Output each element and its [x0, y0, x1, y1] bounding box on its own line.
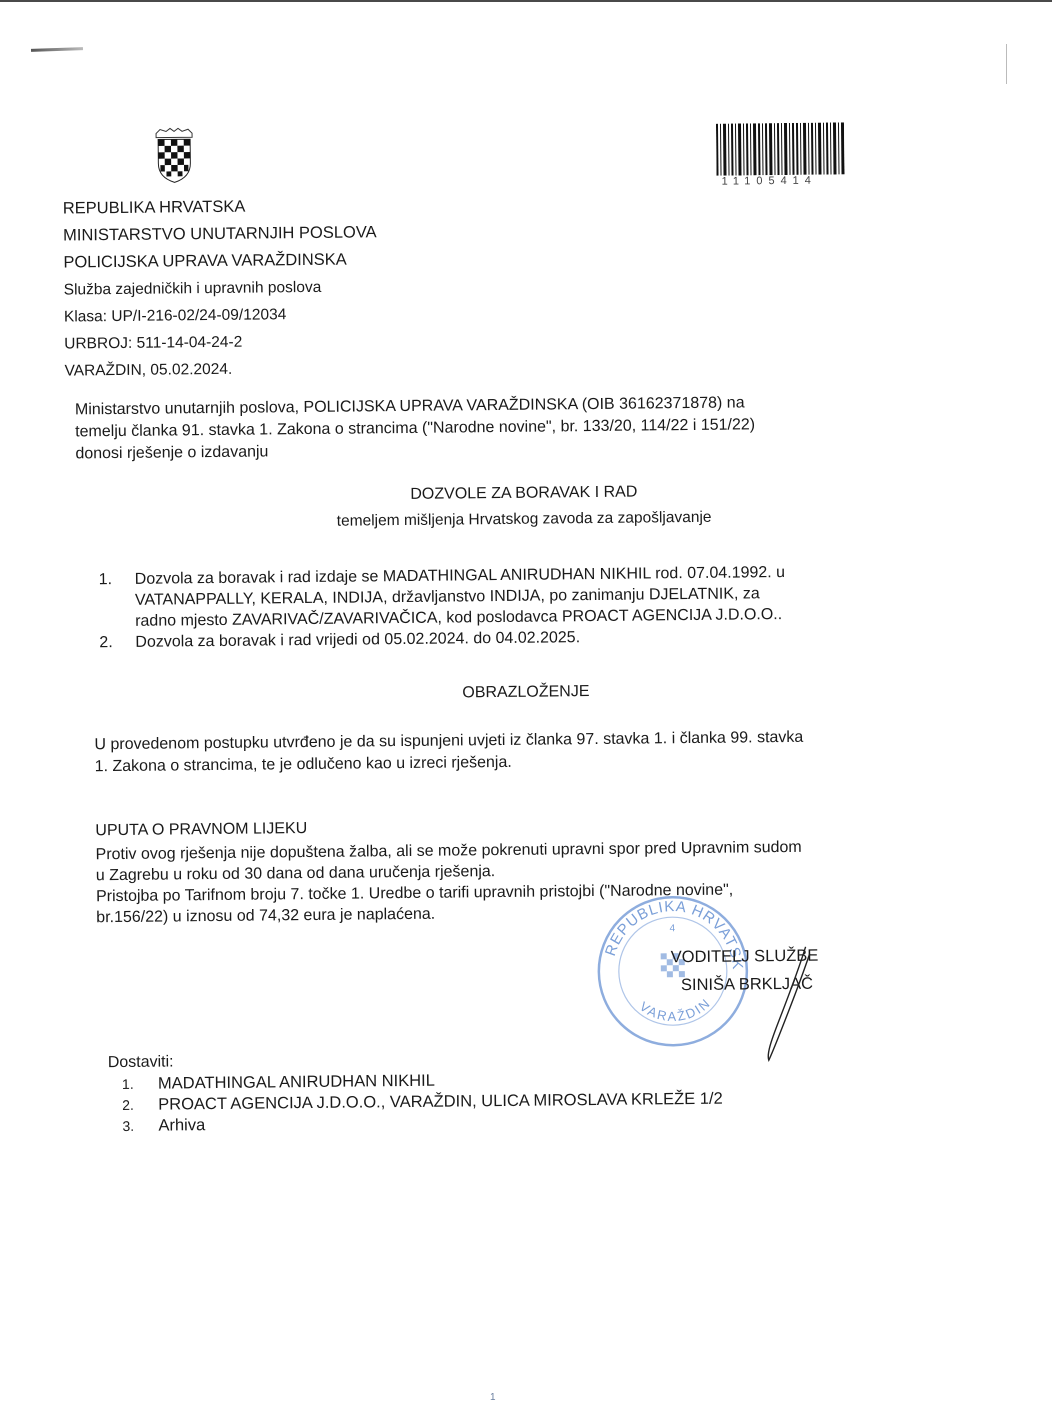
header-service: Služba zajedničkih i upravnih poslova [64, 279, 322, 300]
list-number: 2. [99, 632, 135, 653]
header-republic: REPUBLIKA HRVATSKA [63, 198, 246, 219]
list-number: 1. [122, 1074, 158, 1095]
legal-remedy-title: UPUTA O PRAVNOM LIJEKU [95, 820, 307, 840]
delivery-recipient: Arhiva [158, 1115, 205, 1136]
barcode-number: 11105414 [722, 174, 842, 187]
delivery-label: Dostaviti: [108, 1053, 174, 1072]
decision-subtitle: temeljem mišljenja Hrvatskog zavoda za z… [0, 505, 1050, 534]
decision-title: DOZVOLE ZA BORAVAK I RAD [0, 479, 1050, 508]
list-number: 2. [122, 1095, 158, 1116]
handwritten-signature [758, 942, 819, 1063]
document-page: 11105414 REPUBLIKA HRVATSKA MINISTARSTVO… [0, 0, 1052, 1414]
reasoning-title: OBRAZLOŽENJE [0, 678, 1052, 707]
decision-list: 1. Dozvola za boravak i rad izdaje se MA… [99, 560, 960, 653]
legal-remedy-paragraph: Protiv ovog rješenja nije dopuštena žalb… [95, 835, 976, 928]
delivery-list: 1. MADATHINGAL ANIRUDHAN NIKHIL 2. PROAC… [122, 1068, 723, 1137]
reasoning-paragraph: U provedenom postupku utvrđeno je da su … [94, 725, 974, 778]
header-place-date: VARAŽDIN, 05.02.2024. [64, 361, 232, 381]
page-number: 1 [490, 1392, 496, 1403]
header-ministry: MINISTARSTVO UNUTARNJIH POSLOVA [63, 223, 377, 245]
header-klasa: Klasa: UP/I-216-02/24-09/12034 [64, 306, 287, 326]
decision-line: Dozvola za boravak i rad vrijedi od 05.0… [135, 627, 580, 653]
list-number: 1. [99, 569, 136, 632]
svg-text:4: 4 [670, 923, 676, 934]
header-police-administration: POLICIJSKA UPRAVA VARAŽDINSKA [63, 251, 347, 273]
coat-of-arms-icon [152, 127, 197, 183]
intro-paragraph: Ministarstvo unutarnjih poslova, POLICIJ… [75, 390, 956, 465]
header-urbroj: URBROJ: 511-14-04-24-2 [64, 334, 242, 354]
decision-item-1: 1. Dozvola za boravak i rad izdaje se MA… [99, 560, 960, 632]
barcode [716, 122, 845, 175]
delivery-recipient: MADATHINGAL ANIRUDHAN NIKHIL [158, 1071, 435, 1095]
list-number: 3. [122, 1116, 158, 1137]
